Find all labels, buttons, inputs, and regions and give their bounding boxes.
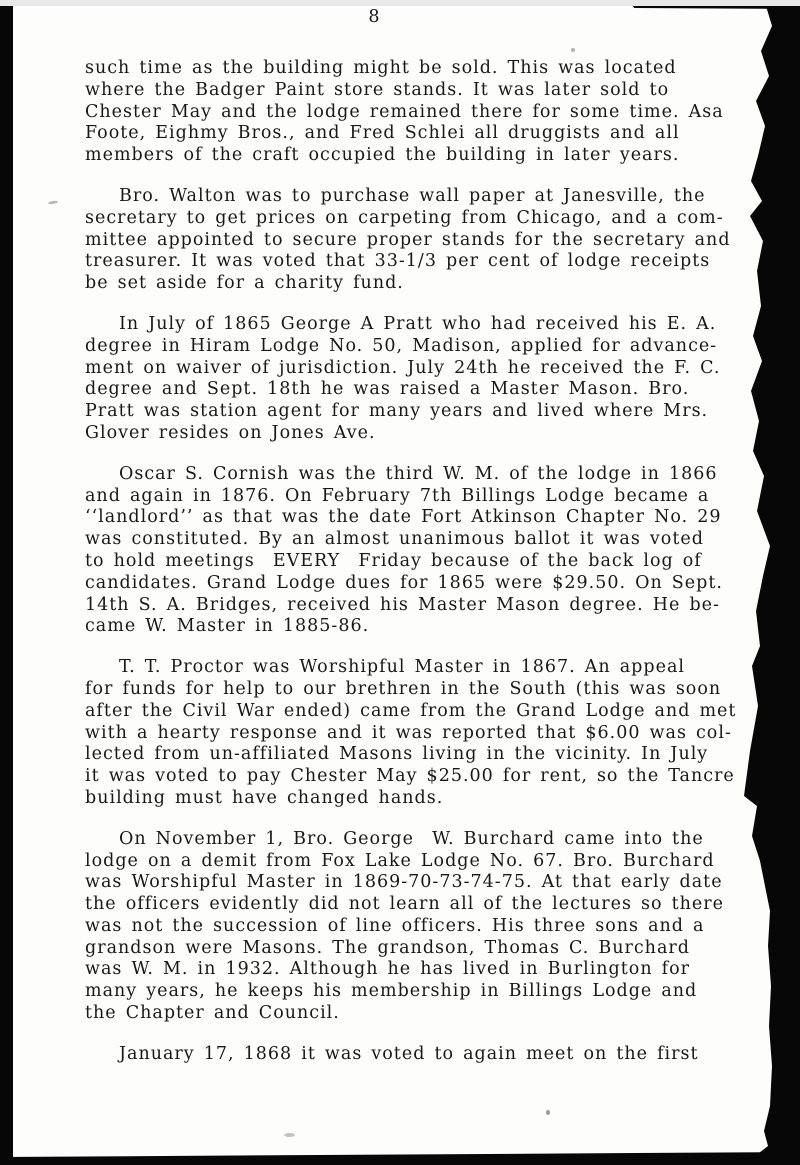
text-line: where the Badger Paint store stands. It … [85, 80, 745, 102]
text-line: it was voted to pay Chester May $25.00 f… [85, 766, 745, 788]
scan-speck [284, 1133, 295, 1137]
text-line: was constituted. By an almost unanimous … [85, 529, 745, 551]
text-line: ment on waiver of jurisdiction. July 24t… [85, 358, 745, 380]
text-line: came W. Master in 1885-86. [85, 616, 745, 638]
text-line: Chester May and the lodge remained there… [85, 102, 745, 124]
text-line: January 17, 1868 it was voted to again m… [85, 1044, 745, 1066]
text-line: On November 1, Bro. George W. Burchard c… [85, 829, 745, 851]
text-line: grandson were Masons. The grandson, Thom… [85, 938, 745, 960]
scanned-document-page: such time as the building might be sold.… [0, 6, 800, 1165]
paragraph: Bro. Walton was to purchase wall paper a… [85, 186, 745, 295]
scan-speck [546, 1110, 550, 1115]
text-line: lodge on a demit from Fox Lake Lodge No.… [85, 851, 745, 873]
text-line: candidates. Grand Lodge dues for 1865 we… [85, 573, 745, 595]
paragraph: In July of 1865 George A Pratt who had r… [85, 314, 745, 445]
scan-border-left [0, 6, 13, 1165]
text-line: members of the craft occupied the buildi… [85, 145, 745, 167]
text-line: mittee appointed to secure proper stands… [85, 230, 745, 252]
text-line: many years, he keeps his membership in B… [85, 981, 745, 1003]
text-line: Bro. Walton was to purchase wall paper a… [85, 186, 745, 208]
text-line: degree and Sept. 18th he was raised a Ma… [85, 379, 745, 401]
page-number: 8 [0, 6, 774, 28]
text-line: T. T. Proctor was Worshipful Master in 1… [85, 657, 745, 679]
text-line: was Worshipful Master in 1869-70-73-74-7… [85, 872, 745, 894]
text-line: for funds for help to our brethren in th… [85, 679, 745, 701]
text-line: treasurer. It was voted that 33-1/3 per … [85, 251, 745, 273]
text-line: the officers evidently did not learn all… [85, 894, 745, 916]
text-line: 14th S. A. Bridges, received his Master … [85, 595, 745, 617]
page-text-block: such time as the building might be sold.… [85, 58, 745, 1085]
text-line: degree in Hiram Lodge No. 50, Madison, a… [85, 336, 745, 358]
text-line: be set aside for a charity fund. [85, 273, 745, 295]
scan-speck [48, 200, 58, 204]
text-line: with a hearty response and it was report… [85, 723, 745, 745]
text-line: lected from un-affiliated Masons living … [85, 744, 745, 766]
text-line: In July of 1865 George A Pratt who had r… [85, 314, 745, 336]
text-line: Pratt was station agent for many years a… [85, 401, 745, 423]
text-line: building must have changed hands. [85, 788, 745, 810]
text-line: Glover resides on Jones Ave. [85, 423, 745, 445]
text-line: was not the succession of line officers.… [85, 916, 745, 938]
text-line: ‘‘landlord’’ as that was the date Fort A… [85, 507, 745, 529]
text-line: the Chapter and Council. [85, 1003, 745, 1025]
text-line: secretary to get prices on carpeting fro… [85, 208, 745, 230]
text-line: to hold meetings EVERY Friday because of… [85, 551, 745, 573]
paragraph: T. T. Proctor was Worshipful Master in 1… [85, 657, 745, 810]
paragraph: January 17, 1868 it was voted to again m… [85, 1044, 745, 1066]
paragraph: Oscar S. Cornish was the third W. M. of … [85, 464, 745, 638]
text-line: Oscar S. Cornish was the third W. M. of … [85, 464, 745, 486]
scan-speck [571, 48, 575, 52]
text-line: and again in 1876. On February 7th Billi… [85, 486, 745, 508]
paragraph: On November 1, Bro. George W. Burchard c… [85, 829, 745, 1025]
text-line: Foote, Eighmy Bros., and Fred Schlei all… [85, 123, 745, 145]
text-line: such time as the building might be sold.… [85, 58, 745, 80]
paragraph: such time as the building might be sold.… [85, 58, 745, 167]
text-line: after the Civil War ended) came from the… [85, 701, 745, 723]
scan-border-right [744, 6, 800, 1165]
scan-border-bottom [0, 1152, 800, 1165]
text-line: was W. M. in 1932. Although he has lived… [85, 959, 745, 981]
